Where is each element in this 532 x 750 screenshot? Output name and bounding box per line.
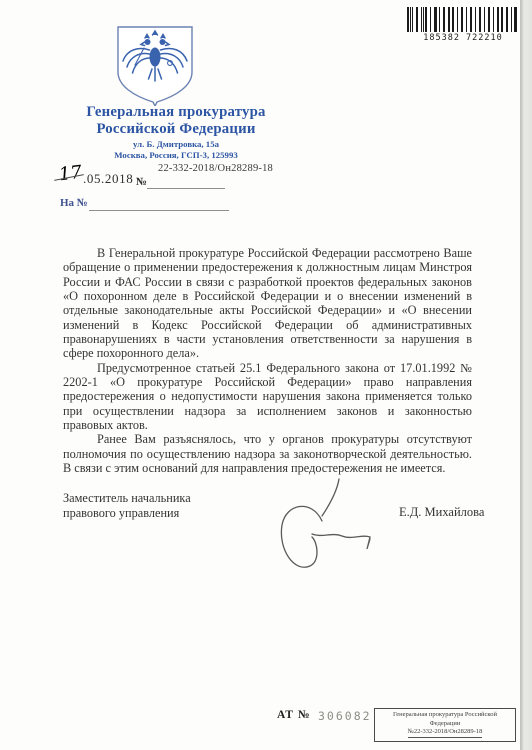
barcode-bars-icon [407, 7, 519, 32]
outgoing-number-line [147, 188, 225, 189]
body-paragraph-1: В Генеральной прокуратуре Российской Фед… [63, 246, 472, 361]
scanned-letter-page: 185382 722210 Генеральная пр [0, 0, 532, 750]
org-address: ул. Б. Дмитровка, 15а Москва, Россия, ГС… [40, 139, 312, 160]
coat-of-arms-icon [111, 22, 199, 106]
signer-position: Заместитель начальника правового управле… [63, 491, 191, 521]
org-name: Генеральная прокуратура Российской Федер… [40, 104, 312, 138]
form-series-number: 306082 [318, 709, 372, 723]
registration-stamp: Генеральная прокуратура Российской Федер… [374, 708, 516, 742]
reply-to-number-label: На № [60, 197, 88, 209]
stamp-org-name: Генеральная прокуратура Российской Федер… [385, 711, 505, 728]
reply-to-number-line [89, 210, 229, 211]
letter-body: В Генеральной прокуратуре Российской Фед… [63, 246, 472, 476]
page-edge-shadow [520, 0, 532, 750]
org-name-line2: Российской Федерации [40, 121, 312, 138]
outgoing-number-label: № [136, 176, 147, 188]
signer-position-line2: правового управления [63, 506, 191, 521]
handwritten-date-day: 17 [58, 162, 83, 186]
signer-position-line1: Заместитель начальника [63, 491, 191, 506]
date-month-year: .05.2018 [83, 171, 133, 187]
org-address-line2: Москва, Россия, ГСП-3, 125993 [40, 150, 312, 161]
org-name-line1: Генеральная прокуратура [40, 104, 312, 121]
stamp-number: №22-332-2018/Он28289-18 [408, 728, 483, 738]
body-paragraph-3: Ранее Вам разъяснялось, что у органов пр… [63, 432, 472, 475]
org-address-line1: ул. Б. Дмитровка, 15а [40, 139, 312, 150]
barcode: 185382 722210 [407, 7, 519, 43]
body-paragraph-2: Предусмотренное статьей 25.1 Федеральног… [63, 361, 472, 433]
signer-name: Е.Д. Михайлова [399, 505, 484, 520]
signature-icon [270, 477, 388, 589]
barcode-digits: 185382 722210 [407, 33, 519, 43]
outgoing-number-value: 22-332-2018/Он28289-18 [158, 163, 273, 174]
form-series-label: АТ № [277, 709, 310, 721]
